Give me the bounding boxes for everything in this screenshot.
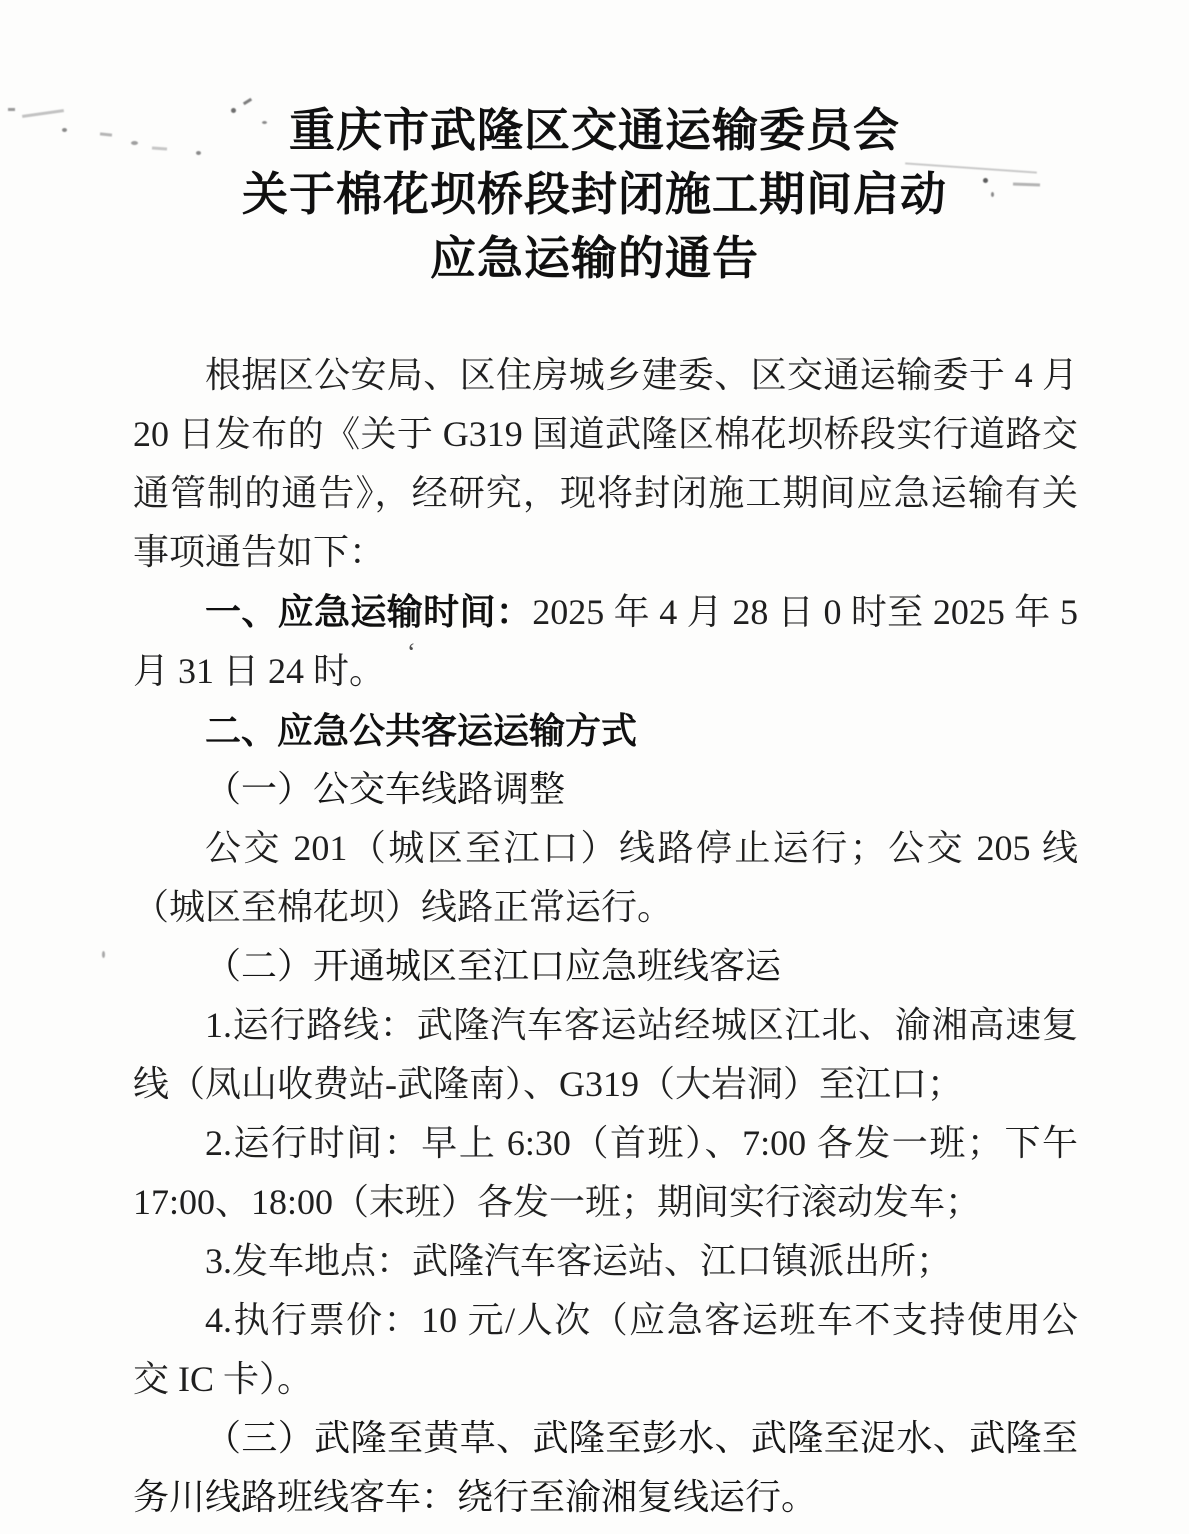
section-1-label: 一、应急运输时间： [205, 591, 532, 632]
sub1-body: 公交 201（城区至江口）线路停止运行；公交 205 线（城区至棉花坝）线路正常… [133, 819, 1078, 937]
scanned-notice-page: ‘ 重庆市武隆区交通运输委员会 关于棉花坝桥段封闭施工期间启动 应急运输的通告 … [0, 0, 1189, 1534]
sub2-item-3: 3.发车地点：武隆汽车客运站、江口镇派出所； [133, 1232, 1078, 1291]
notice-body: 根据区公安局、区住房城乡建委、区交通运输委于 4 月 20 日发布的《关于 G3… [133, 346, 1078, 1527]
notice-title-line-2: 关于棉花坝桥段封闭施工期间启动 [0, 162, 1189, 226]
sub1-heading: （一）公交车线路调整 [133, 760, 1078, 819]
sub2-item-1: 1.运行路线：武隆汽车客运站经城区江北、渝湘高速复线（凤山收费站-武隆南）、G3… [133, 996, 1078, 1114]
notice-title-line-3: 应急运输的通告 [0, 226, 1189, 290]
sub2-heading: （二）开通城区至江口应急班线客运 [133, 937, 1078, 996]
sub2-item-4: 4.执行票价：10 元/人次（应急客运班车不支持使用公交 IC 卡）。 [133, 1291, 1078, 1409]
sub3-heading: （三）武隆至黄草、武隆至彭水、武隆至浞水、武隆至务川线路班线客车：绕行至渝湘复线… [133, 1409, 1078, 1527]
sub2-item-2: 2.运行时间：早上 6:30（首班）、7:00 各发一班；下午 17:00、18… [133, 1114, 1078, 1232]
notice-title: 重庆市武隆区交通运输委员会 关于棉花坝桥段封闭施工期间启动 应急运输的通告 [0, 0, 1189, 290]
section-2-heading: 二、应急公共客运运输方式 [133, 701, 1078, 760]
scan-speck [102, 951, 105, 958]
stray-quote-mark: ‘ [407, 638, 416, 668]
section-1-paragraph: 一、应急运输时间：2025 年 4 月 28 日 0 时至 2025 年 5 月… [133, 582, 1078, 701]
intro-paragraph: 根据区公安局、区住房城乡建委、区交通运输委于 4 月 20 日发布的《关于 G3… [133, 346, 1078, 582]
notice-title-line-1: 重庆市武隆区交通运输委员会 [0, 98, 1189, 162]
